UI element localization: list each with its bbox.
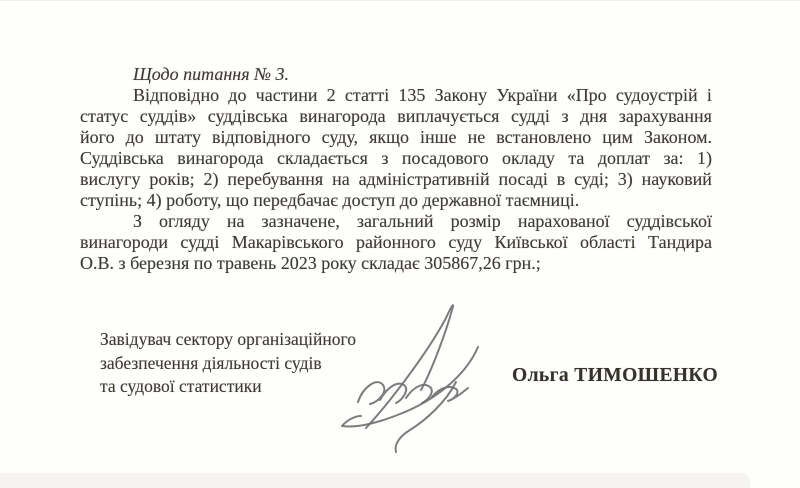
text-line: Відповіднодочастини2статті135ЗаконуУкраї… <box>80 85 712 106</box>
text-line: винагородисуддіМакарівськогорайонногосуд… <box>80 232 712 253</box>
paragraphs: Відповіднодочастини2статті135ЗаконуУкраї… <box>80 85 712 274</box>
signatory-name: Ольга ТИМОШЕНКО <box>512 365 718 387</box>
text-line: Зоглядуназазначене,загальнийрозмірнарахо… <box>80 211 712 232</box>
text-line: вислугуроків;2)перебуваннянаадміністрати… <box>80 169 712 190</box>
text-line: О.В. з березня по травень 2023 року скла… <box>80 253 712 274</box>
document-paragraph: Відповіднодочастини2статті135ЗаконуУкраї… <box>80 85 712 211</box>
text-line: Суддівськавинагородаскладаєтьсязпосадово… <box>80 148 712 169</box>
page-bottom-edge <box>0 473 750 488</box>
signature-icon <box>328 290 486 464</box>
text-line: йогодоштатувідповідногосуду,якщоіншеневс… <box>80 127 712 148</box>
text-line: статуссуддів»суддівськавинагородавиплачу… <box>80 106 712 127</box>
document-paragraph: Зоглядуназазначене,загальнийрозмірнарахо… <box>80 211 712 274</box>
text-line: ступінь; 4) роботу, що передбачає доступ… <box>80 190 712 211</box>
document-heading: Щодо питання № 3. <box>80 64 712 85</box>
signature-strokes <box>328 290 486 464</box>
document-page: Щодо питання № 3. Відповіднодочастини2ст… <box>0 0 800 488</box>
document-body: Щодо питання № 3. Відповіднодочастини2ст… <box>80 64 712 274</box>
